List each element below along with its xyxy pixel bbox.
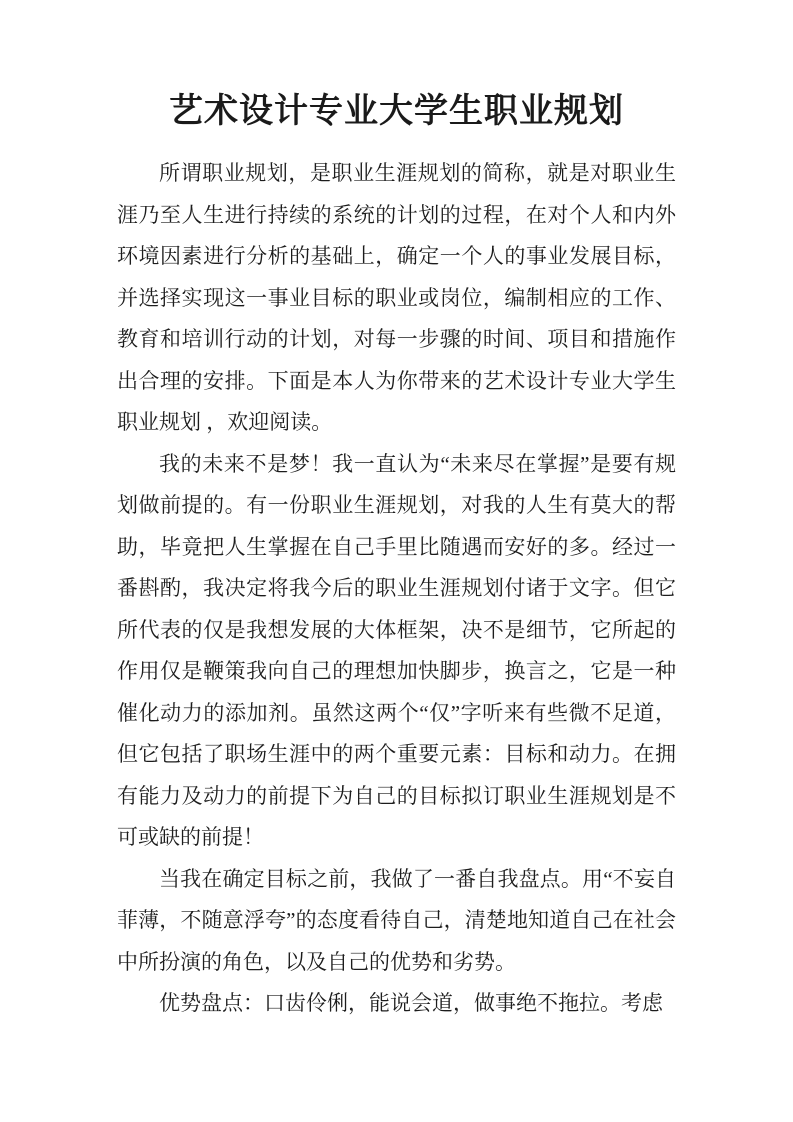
paragraph-future-plan: 我的未来不是梦！我一直认为“未来尽在掌握”是要有规划做前提的。有一份职业生涯规划… <box>117 444 676 859</box>
paragraph-self-inventory: 当我在确定目标之前，我做了一番自我盘点。用“不妄自菲薄，不随意浮夸”的态度看待自… <box>117 859 676 984</box>
document-title: 艺术设计专业大学生职业规划 <box>117 0 676 136</box>
document-body: 所谓职业规划，是职业生涯规划的简称，就是对职业生涯乃至人生进行持续的系统的计划的… <box>117 136 676 1025</box>
document-page: 艺术设计专业大学生职业规划 所谓职业规划，是职业生涯规划的简称，就是对职业生涯乃… <box>0 0 793 1122</box>
paragraph-intro: 所谓职业规划，是职业生涯规划的简称，就是对职业生涯乃至人生进行持续的系统的计划的… <box>117 153 676 444</box>
paragraph-strengths: 优势盘点：口齿伶俐，能说会道，做事绝不拖拉。考虑 <box>117 983 676 1025</box>
